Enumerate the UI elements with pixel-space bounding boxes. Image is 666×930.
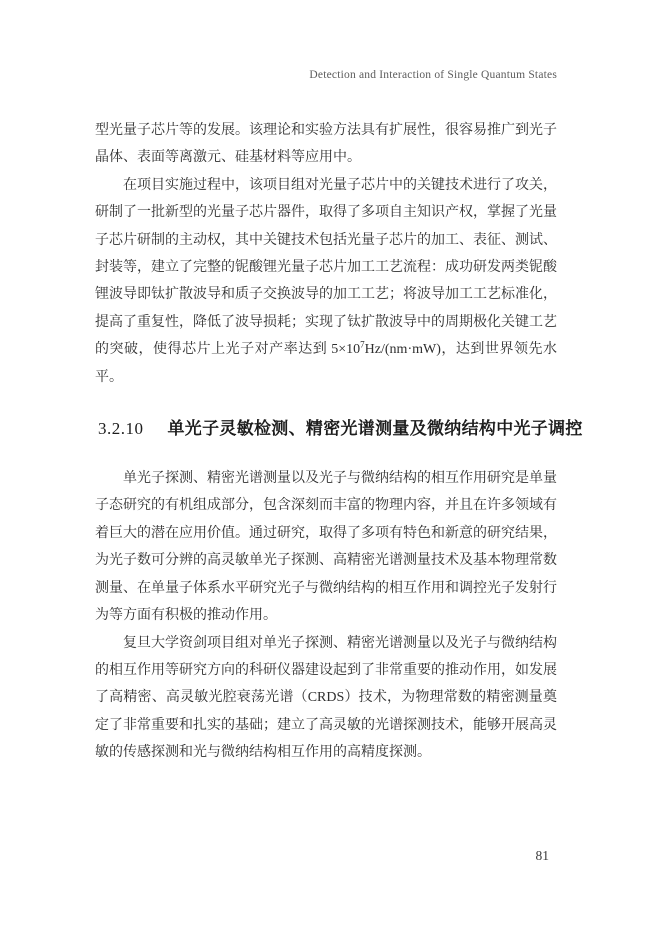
paragraph-fudan-project: 复旦大学资剑项目组对单光子探测、精密光谱测量以及光子与微纳结构的相互作用等研究方… (95, 630, 557, 767)
paragraph-project-implementation: 在项目实施过程中，该项目组对光量子芯片中的关键技术进行了攻关，研制了一批新型的光… (95, 172, 557, 391)
running-header: Detection and Interaction of Single Quan… (95, 69, 557, 81)
paragraph-continuation: 型光量子芯片等的发展。该理论和实验方法具有扩展性，很容易推广到光子晶体、表面等离… (95, 117, 557, 172)
page-body: 型光量子芯片等的发展。该理论和实验方法具有扩展性，很容易推广到光子晶体、表面等离… (95, 117, 557, 767)
section-heading: 3.2.10单光子灵敏检测、精密光谱测量及微纳结构中光子调控 (98, 417, 557, 441)
document-page: Detection and Interaction of Single Quan… (0, 0, 666, 930)
page-number: 81 (95, 848, 557, 864)
section-number: 3.2.10 (98, 419, 144, 438)
paragraph-text-before-superscript: 在项目实施过程中，该项目组对光量子芯片中的关键技术进行了攻关，研制了一批新型的光… (95, 178, 557, 357)
paragraph-single-photon-research: 单光子探测、精密光谱测量以及光子与微纳结构的相互作用研究是单量子态研究的有机组成… (95, 465, 557, 629)
section-title: 单光子灵敏检测、精密光谱测量及微纳结构中光子调控 (168, 419, 583, 438)
